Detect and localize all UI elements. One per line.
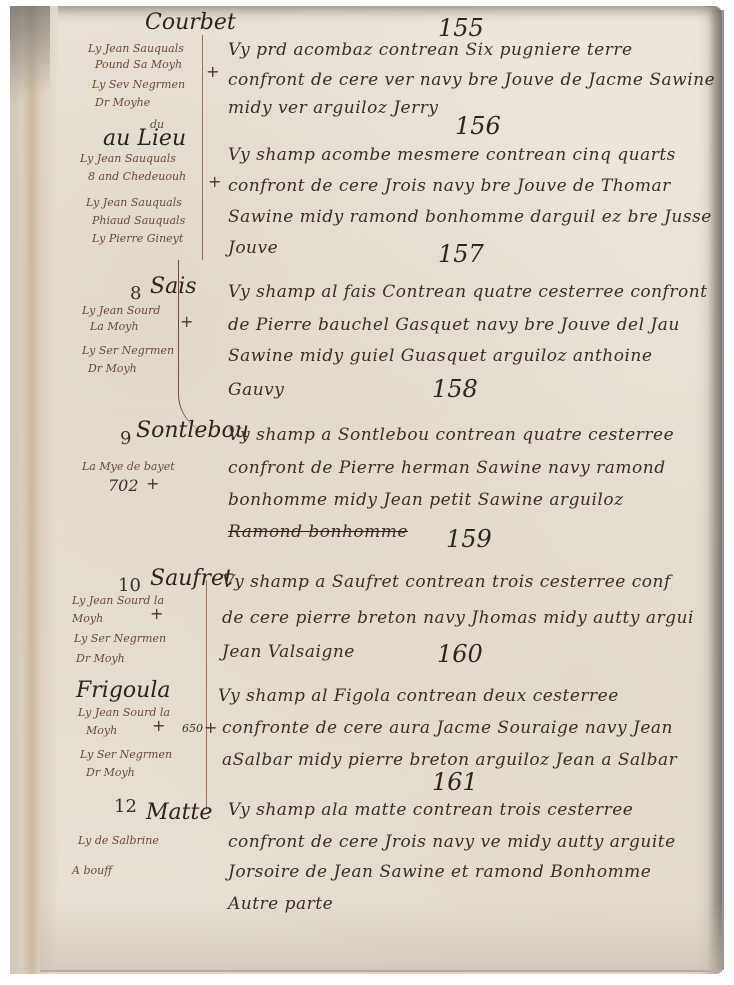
- margin-note: Ly de Salbrine: [78, 834, 159, 847]
- entry-line: Vy shamp a Sontlebou contrean quatre ces…: [228, 425, 674, 445]
- binding-shadow: [10, 6, 50, 116]
- entry-line: Jean Valsaigne: [222, 642, 355, 662]
- entry-line-struck: Ramond bonhomme: [228, 522, 408, 542]
- entry-line: confront de Pierre herman Sawine navy ra…: [228, 458, 666, 478]
- margin-note: Dr Moyh: [76, 652, 125, 665]
- cross-mark: +: [204, 718, 217, 737]
- place-superscript: du: [150, 118, 164, 131]
- entry-line: de cere pierre breton navy Jhomas midy a…: [222, 608, 694, 628]
- place-number: 8: [130, 283, 141, 304]
- place-number: 12: [114, 796, 137, 817]
- entry-line: Autre parte: [228, 894, 333, 914]
- margin-note: La Mye de bayet: [82, 460, 175, 473]
- page-bottom-edge: [40, 900, 722, 972]
- margin-note: Pound Sa Moyh: [95, 58, 182, 71]
- cross-mark: +: [152, 716, 165, 735]
- entry-line: aSalbar midy pierre breton arguiloz Jean…: [222, 750, 677, 770]
- cross-mark: +: [208, 172, 221, 191]
- entry-line: confront de cere Jrois navy bre Jouve de…: [228, 176, 671, 196]
- cross-mark: +: [206, 62, 219, 81]
- place-name: Saufret: [150, 566, 233, 591]
- margin-note: Moyh: [86, 724, 117, 737]
- cross-mark: +: [150, 604, 163, 623]
- entry-number: 158: [432, 375, 478, 403]
- margin-note: La Moyh: [90, 320, 139, 333]
- margin-note: Dr Moyh: [88, 362, 137, 375]
- entry-line: Vy shamp a Saufret contrean trois cester…: [222, 572, 671, 592]
- margin-note: Ly Jean Sourd: [82, 304, 160, 317]
- margin-note: Ly Ser Negrmen: [80, 748, 172, 761]
- entry-number: 156: [455, 112, 501, 140]
- margin-number: 650: [182, 722, 203, 735]
- margin-rule-1: [202, 35, 203, 260]
- margin-note: Ly Jean Sauquals: [80, 152, 176, 165]
- entry-number: 155: [438, 14, 484, 42]
- entry-line: midy ver arguiloz Jerry: [228, 98, 438, 118]
- binding-edge: [10, 6, 58, 974]
- entry-number: 161: [432, 768, 478, 796]
- margin-note: A bouff: [72, 864, 112, 877]
- place-name: Sais: [150, 274, 197, 299]
- cross-mark: +: [146, 474, 159, 493]
- entry-number: 160: [437, 640, 483, 668]
- entry-line: Jouve: [228, 238, 278, 258]
- margin-note: Moyh: [72, 612, 103, 625]
- entry-line: de Pierre bauchel Gasquet navy bre Jouve…: [228, 315, 680, 335]
- entry-line: Vy shamp al Figola contrean deux cesterr…: [218, 686, 619, 706]
- page-edge-shadow: [708, 10, 724, 970]
- margin-note: Ly Jean Sauquals: [86, 196, 182, 209]
- margin-note: Ly Ser Negrmen: [74, 632, 166, 645]
- margin-note: 8 and Chedeuouh: [88, 170, 186, 183]
- margin-note: Phiaud Sauquals: [92, 214, 185, 227]
- place-number: 10: [118, 575, 141, 596]
- place-name: au Lieu: [103, 126, 186, 151]
- entry-line: confront de cere Jrois navy ve midy autt…: [228, 832, 676, 852]
- place-number: 9: [120, 428, 131, 449]
- margin-note: Dr Moyhe: [95, 96, 150, 109]
- entry-number: 157: [438, 240, 484, 268]
- entry-line: Gauvy: [228, 380, 284, 400]
- entry-line: confronte de cere aura Jacme Souraige na…: [222, 718, 673, 738]
- entry-line: Vy shamp acombe mesmere contrean cinq qu…: [228, 145, 676, 165]
- entry-line: Vy prd acombaz contrean Six pugniere ter…: [228, 40, 633, 60]
- cross-mark: +: [180, 312, 193, 331]
- place-name: Frigoula: [76, 678, 170, 703]
- margin-rule-2: [206, 580, 207, 810]
- entry-line: Sawine midy guiel Guasquet arguiloz anth…: [228, 346, 652, 366]
- margin-note: Dr Moyh: [86, 766, 135, 779]
- margin-note: Ly Sev Negrmen: [92, 78, 185, 91]
- margin-note: Ly Pierre Gineyt: [92, 232, 183, 245]
- entry-line: Sawine midy ramond bonhomme darguil ez b…: [228, 207, 712, 227]
- entry-line: confront de cere ver navy bre Jouve de J…: [228, 70, 715, 90]
- place-name: Courbet: [145, 10, 236, 35]
- entry-line: Vy shamp ala matte contrean trois cester…: [228, 800, 633, 820]
- entry-line: Vy shamp al fais Contrean quatre cesterr…: [228, 282, 707, 302]
- place-name: Matte: [146, 800, 212, 825]
- entry-line: Jorsoire de Jean Sawine et ramond Bonhom…: [228, 862, 651, 882]
- entry-line: bonhomme midy Jean petit Sawine arguiloz: [228, 490, 624, 510]
- margin-note: Ly Jean Sauquals: [88, 42, 184, 55]
- margin-note: Ly Ser Negrmen: [82, 344, 174, 357]
- margin-number: 702: [108, 476, 139, 495]
- entry-number: 159: [446, 525, 492, 553]
